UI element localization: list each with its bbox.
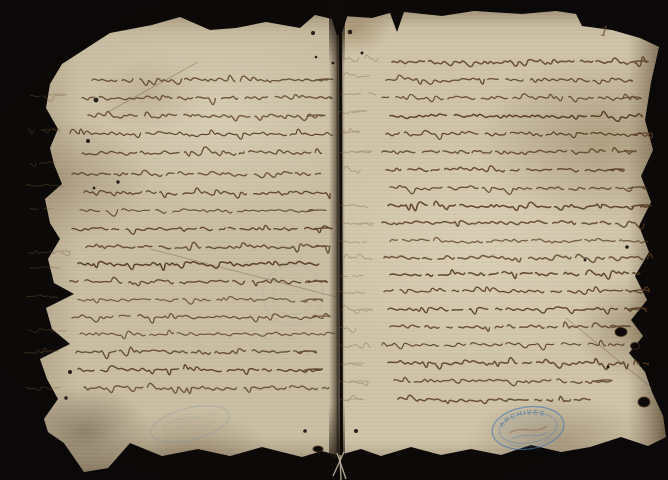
handwriting-layer: ARCHIVES [0, 0, 668, 480]
manuscript-scan: ARCHIVES 1 [0, 0, 668, 480]
archive-stamp-right: ARCHIVES [489, 402, 566, 454]
archive-stamp-left [147, 399, 232, 449]
generated-handwriting [24, 30, 652, 480]
stamp-ghost-left-middle [263, 265, 323, 325]
